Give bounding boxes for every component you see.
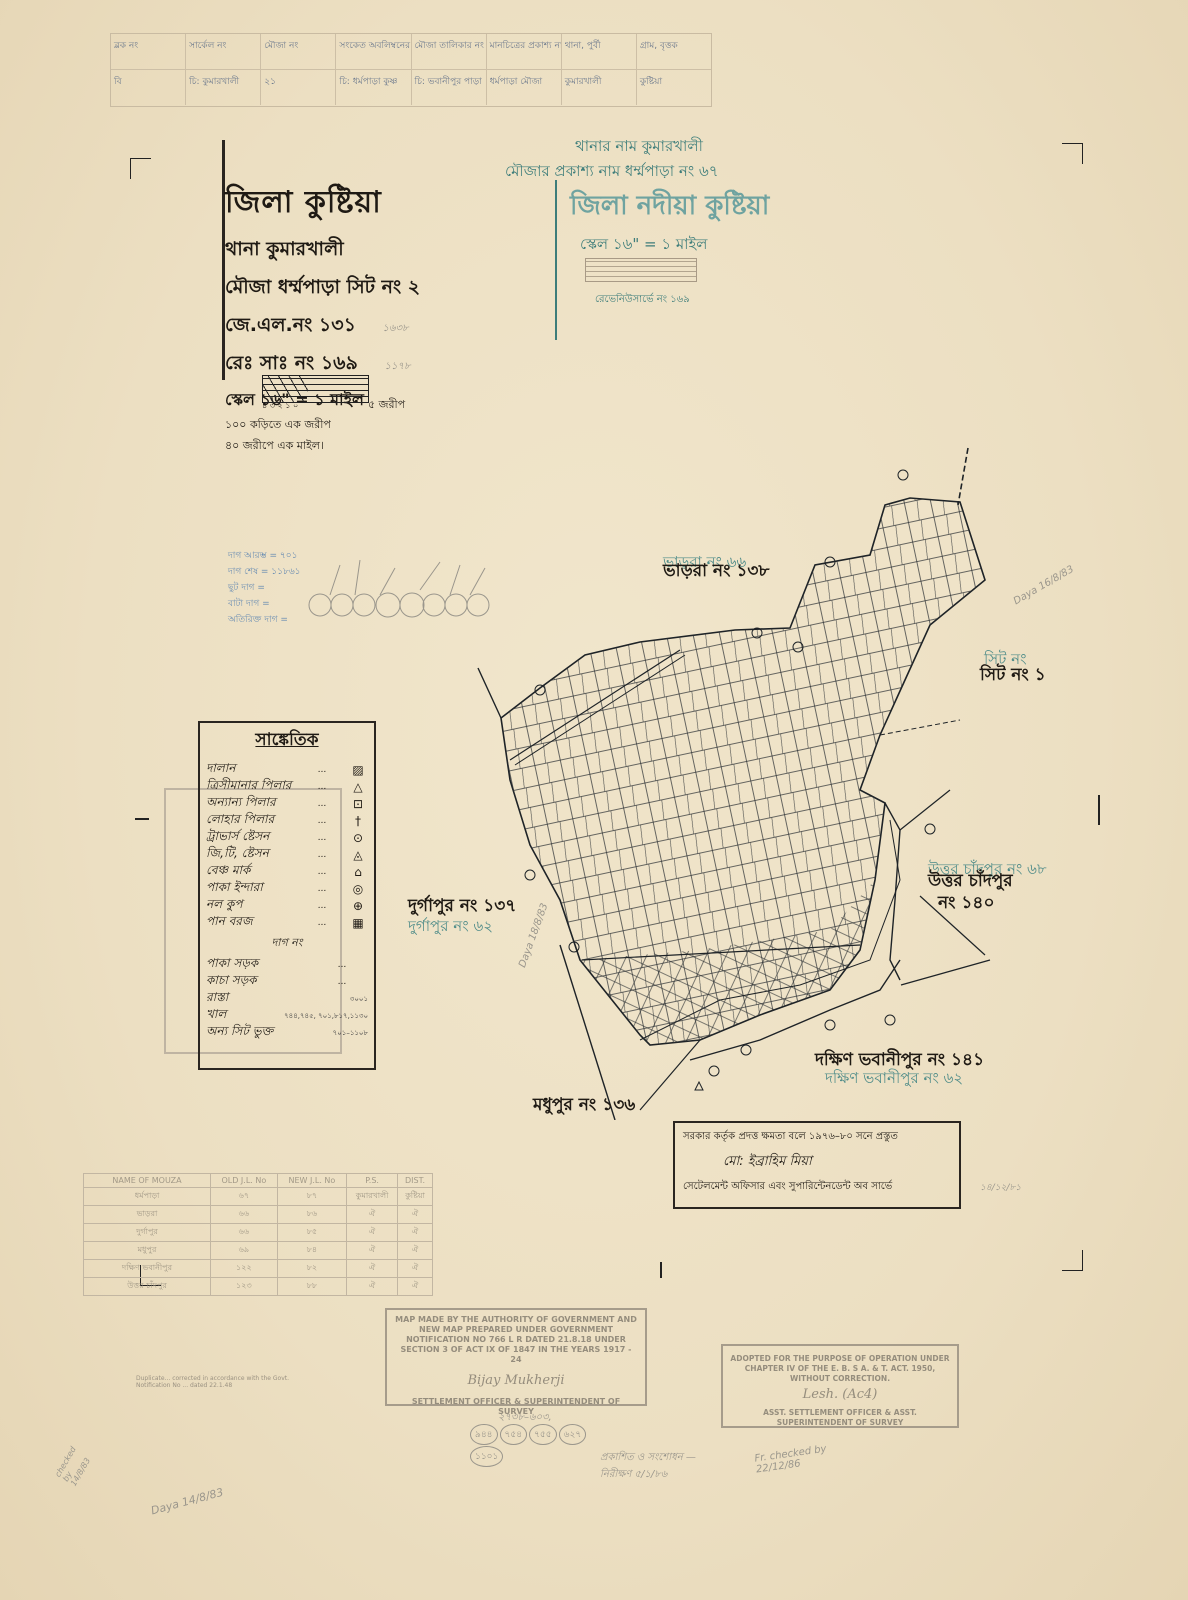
authority-stamp: MAP MADE BY THE AUTHORITY OF GOVERNMENT … xyxy=(385,1308,647,1406)
legend-road-item: রাস্তা৩০০১ xyxy=(200,990,374,1007)
revision-scale-bar xyxy=(585,258,697,282)
certificate-signature: মো: ইব্রাহিম মিয়া xyxy=(723,1152,951,1173)
square-pillar-icon: ⊡ xyxy=(348,797,368,811)
mouza-table: NAME OF MOUZA OLD J.L. No NEW J.L. No P.… xyxy=(83,1173,433,1296)
triangle-pillar-icon: △ xyxy=(348,780,368,794)
crop-mark-bottom-right xyxy=(1062,1250,1083,1271)
header-register-columns: ব্লক নং সার্কেল নং মৌজা নং সংকেত অবলিম্ব… xyxy=(111,34,711,70)
thana-line: থানা কুমারখালী xyxy=(225,235,495,267)
legend-sub-heading: দাগ নং xyxy=(200,934,374,953)
header-register-table: ব্লক নং সার্কেল নং মৌজা নং সংকেত অবলিম্ব… xyxy=(110,33,712,107)
district-title: জিলা কুষ্টিয়া xyxy=(225,178,495,229)
pencil-calc-circles: ৯৪৪ ৭৫৪ ৭৫৫ ৬২৭ xyxy=(470,1424,586,1445)
scale-note-1: ১০০ কড়িতে এক জরীপ xyxy=(225,416,495,435)
label-north-mouza: ভাড়রা নং ১৩৮ xyxy=(663,558,769,586)
revision-footer: রেভেনিউসার্ভে নং ১৬৯ xyxy=(595,292,690,309)
header-register-values: বি চি: কুমারখালী ২১ চি: ধর্মপাড়া কুষ্ণ … xyxy=(111,70,711,105)
table-row: ভাড়রা৬৬৮৬ঐঐ xyxy=(84,1206,433,1224)
legend-item: পাকা ইন্দারা...◎ xyxy=(200,880,374,897)
table-row: দুর্গাপুর৬৬৮৫ঐঐ xyxy=(84,1224,433,1242)
legend-item: ট্রাভার্স ষ্টেসন...⊙ xyxy=(200,829,374,846)
traverse-station-icon: ⊙ xyxy=(348,831,368,845)
adopted-stamp-footer: ASST. SETTLEMENT OFFICER & ASST. SUPERIN… xyxy=(729,1408,951,1428)
legend-item: অন্যান্য পিলার...⊡ xyxy=(200,795,374,812)
mouza-table-header: NAME OF MOUZA OLD J.L. No NEW J.L. No P.… xyxy=(84,1174,433,1188)
betel-garden-icon: ▦ xyxy=(348,916,368,930)
table-row: মধুপুর৬৯৮৪ঐঐ xyxy=(84,1242,433,1260)
crop-mark-top-right xyxy=(1062,143,1083,164)
bench-mark-icon: ⌂ xyxy=(348,865,368,879)
scale-bar-ticks: ৪ ৩ ২ ১ ০ xyxy=(262,400,298,413)
label-east-sheet: সিট নং ১ xyxy=(980,662,1046,690)
revision-district: জিলা নদীয়া কুষ্টিয়া xyxy=(570,185,815,229)
mouza-line: মৌজা ধর্ম্মপাড়া সিট নং ২ xyxy=(225,273,495,305)
authority-stamp-signature: Bijay Mukherji xyxy=(395,1373,637,1389)
legend-road-item: কাচা সড়ক... xyxy=(200,973,374,990)
crop-mark-right-mid xyxy=(1098,795,1100,825)
certificate-line-3: সেটেলমেন্ট অফিসার এবং সুপারিন্টেনডেন্ট অ… xyxy=(683,1179,951,1196)
iron-pillar-icon: † xyxy=(348,814,368,828)
label-east-number: নং ১৪০ xyxy=(938,890,995,918)
legend-item: দালান...▨ xyxy=(200,761,374,778)
legend-item: পান বরজ...▦ xyxy=(200,914,374,931)
legend-road-item: খাল৭৪৪,৭৪৫, ৭০১,৮১৭,১১৩০ xyxy=(200,1007,374,1024)
pencil-note-center: প্রকাশিত ও সংশোধন — নিরীক্ষণ ৫/১/৮৬ xyxy=(600,1450,730,1484)
adopted-stamp-signature: Lesh. (Ac4) xyxy=(729,1387,951,1404)
adopted-stamp-text: ADOPTED FOR THE PURPOSE OF OPERATION UND… xyxy=(729,1354,951,1383)
crop-mark-left-mid xyxy=(135,818,149,820)
jl-number: জে.এল.নং ১৩১ ১৬৩৮ xyxy=(225,311,495,343)
masonry-well-icon: ◎ xyxy=(348,882,368,896)
scale-bar xyxy=(262,375,369,403)
label-south-east-old: দক্ষিণ ভবানীপুর নং ৬২ xyxy=(825,1067,963,1092)
legend-road-item: অন্য সিট ভুক্ত৭০১–১১০৮ xyxy=(200,1024,374,1041)
legend-road-item: পাকা সড়ক... xyxy=(200,956,374,973)
faint-correction-note: Duplicate... corrected in accordance wit… xyxy=(136,1375,316,1389)
legend-title: সাঙ্কেতিক xyxy=(200,727,374,755)
scale-note-2: ৪০ জরীপে এক মাইল। xyxy=(225,437,495,456)
legend-item: জি,টি, ষ্টেসন...◬ xyxy=(200,846,374,863)
legend-item: বেঞ্চ মার্ক...⌂ xyxy=(200,863,374,880)
adopted-stamp: ADOPTED FOR THE PURPOSE OF OPERATION UND… xyxy=(721,1344,959,1428)
legend-item: নল কুপ...⊕ xyxy=(200,897,374,914)
table-row: দক্ষিণ ভবানীপুর১২২৮২ঐঐ xyxy=(84,1260,433,1278)
crop-mark-top-left xyxy=(130,158,151,179)
authority-stamp-text: MAP MADE BY THE AUTHORITY OF GOVERNMENT … xyxy=(395,1315,637,1365)
certificate-box: সরকার কর্তৃক প্রদত্ত ক্ষমতা বলে ১৯৭৬–৮০ … xyxy=(673,1121,961,1209)
legend-item: ত্রিসীমানার পিলার...△ xyxy=(200,778,374,795)
title-block: জিলা কুষ্টিয়া থানা কুমারখালী মৌজা ধর্ম্… xyxy=(225,178,495,456)
table-row: উত্তর চাঁদপুর১২৩৮৮ঐঐ xyxy=(84,1278,433,1296)
revision-block: থানার নাম কুমারখালী মৌজার প্রকাশ্য নাম ধ… xyxy=(505,135,815,258)
crop-mark-bottom-center xyxy=(660,1262,662,1278)
gt-station-icon: ◬ xyxy=(348,848,368,862)
side-date: ১৪/১২/৮১ xyxy=(980,1180,1021,1195)
legend-item: লোহার পিলার...† xyxy=(200,812,374,829)
tube-well-icon: ⊕ xyxy=(348,899,368,913)
cadastral-map xyxy=(470,440,1030,1120)
pencil-plot-notes: দাগ আরম্ভ = ৭০১ দাগ শেষ = ১১৮৬১ ছুট দাগ … xyxy=(228,548,301,628)
legend-box: সাঙ্কেতিক দালান...▨ ত্রিসীমানার পিলার...… xyxy=(198,721,376,1070)
table-row: ধর্মপাড়া৬৭৮৭কুমারখালীকুষ্টিয়া xyxy=(84,1188,433,1206)
scale-bar-unit: ৫ জরীপ xyxy=(368,396,405,415)
certificate-line-1: সরকার কর্তৃক প্রদত্ত ক্ষমতা বলে ১৯৭৬–৮০ … xyxy=(683,1129,951,1146)
revision-mouza: মৌজার প্রকাশ্য নাম ধর্ম্মপাড়া নং ৬৭ xyxy=(505,160,815,185)
label-west-old: দুর্গাপুর নং ৬২ xyxy=(408,915,493,940)
revision-thana: থানার নাম কুমারখালী xyxy=(575,135,815,160)
label-south-mouza: মধুপুর নং ১৩৬ xyxy=(533,1092,635,1120)
revision-scale: স্কেল ১৬" = ১ মাইল xyxy=(580,233,815,258)
building-icon: ▨ xyxy=(348,763,368,777)
